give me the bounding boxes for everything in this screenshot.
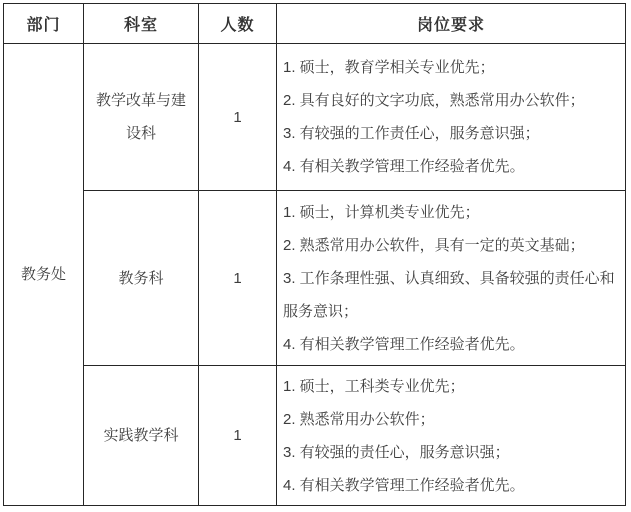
section-cell: 教务科 bbox=[84, 191, 199, 366]
section-cell: 实践教学科 bbox=[84, 366, 199, 506]
requirement-item: 3. 有较强的责任心，服务意识强； bbox=[283, 436, 619, 469]
requirement-item: 4. 有相关教学管理工作经验者优先。 bbox=[283, 150, 619, 183]
requirement-item: 3. 有较强的工作责任心，服务意识强； bbox=[283, 117, 619, 150]
table-row: 教务科 1 1. 硕士，计算机类专业优先； 2. 熟悉常用办公软件，具有一定的英… bbox=[4, 191, 626, 366]
page: 部门 科室 人数 岗位要求 教务处 教学改革与建设科 1 1. 硕士，教育学相关… bbox=[0, 0, 631, 512]
requirement-item: 4. 有相关教学管理工作经验者优先。 bbox=[283, 469, 619, 502]
requirement-item: 3. 工作条理性强、认真细致、具备较强的责任心和服务意识； bbox=[283, 262, 619, 328]
requirement-item: 2. 具有良好的文字功底，熟悉常用办公软件； bbox=[283, 84, 619, 117]
col-header-count: 人数 bbox=[199, 4, 277, 44]
requirements-cell: 1. 硕士，教育学相关专业优先； 2. 具有良好的文字功底，熟悉常用办公软件； … bbox=[277, 44, 626, 191]
requirement-item: 2. 熟悉常用办公软件，具有一定的英文基础； bbox=[283, 229, 619, 262]
table-row: 教务处 教学改革与建设科 1 1. 硕士，教育学相关专业优先； 2. 具有良好的… bbox=[4, 44, 626, 191]
col-header-section: 科室 bbox=[84, 4, 199, 44]
requirement-item: 1. 硕士，教育学相关专业优先； bbox=[283, 51, 619, 84]
table-row: 实践教学科 1 1. 硕士，工科类专业优先； 2. 熟悉常用办公软件； 3. 有… bbox=[4, 366, 626, 506]
requirements-cell: 1. 硕士，工科类专业优先； 2. 熟悉常用办公软件； 3. 有较强的责任心，服… bbox=[277, 366, 626, 506]
col-header-department: 部门 bbox=[4, 4, 84, 44]
requirement-item: 1. 硕士，计算机类专业优先； bbox=[283, 196, 619, 229]
count-cell: 1 bbox=[199, 366, 277, 506]
recruitment-table: 部门 科室 人数 岗位要求 教务处 教学改革与建设科 1 1. 硕士，教育学相关… bbox=[3, 3, 626, 506]
department-cell: 教务处 bbox=[4, 44, 84, 506]
requirement-item: 4. 有相关教学管理工作经验者优先。 bbox=[283, 328, 619, 361]
col-header-requirements: 岗位要求 bbox=[277, 4, 626, 44]
requirements-cell: 1. 硕士，计算机类专业优先； 2. 熟悉常用办公软件，具有一定的英文基础； 3… bbox=[277, 191, 626, 366]
header-row: 部门 科室 人数 岗位要求 bbox=[4, 4, 626, 44]
requirement-item: 1. 硕士，工科类专业优先； bbox=[283, 370, 619, 403]
count-cell: 1 bbox=[199, 191, 277, 366]
requirement-item: 2. 熟悉常用办公软件； bbox=[283, 403, 619, 436]
section-cell: 教学改革与建设科 bbox=[84, 44, 199, 191]
count-cell: 1 bbox=[199, 44, 277, 191]
